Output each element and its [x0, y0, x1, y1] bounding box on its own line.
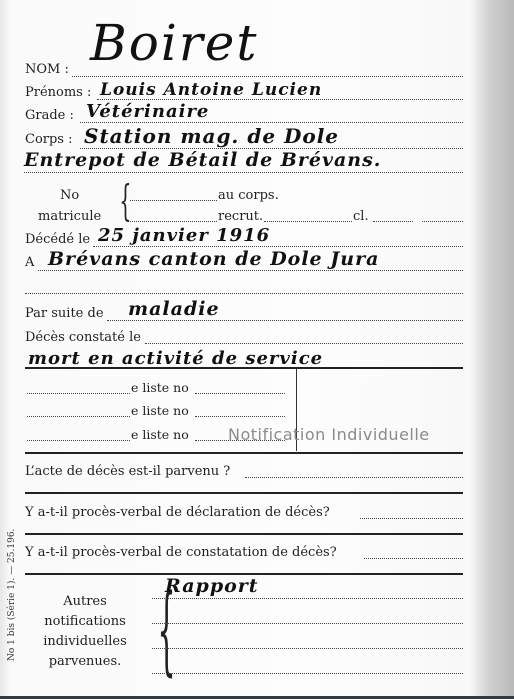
question-pv-declaration-line: [360, 518, 463, 519]
cl-line-2: [422, 221, 463, 222]
nom-line: [72, 76, 463, 77]
decede-le-value: 25 janvier 1916: [98, 225, 270, 246]
deces-constate-line: [145, 343, 463, 344]
cl-line-1: [373, 221, 413, 222]
section-rule-1: [25, 367, 463, 369]
autres-line-c: [152, 648, 463, 649]
a-line: [38, 270, 463, 271]
no-label: No: [60, 188, 79, 203]
liste-2-label: e liste no: [131, 403, 189, 418]
au-corps-line: [130, 200, 217, 201]
decede-le-label: Décédé le: [25, 232, 90, 247]
prenoms-label: Prénoms :: [25, 85, 91, 100]
question-pv-constatation-line: [364, 558, 463, 559]
autres-line-1: Autres: [30, 592, 140, 612]
blank-line: [25, 293, 463, 294]
autres-notifications-label: Autres notifications individuelles parve…: [30, 592, 140, 672]
autres-line-2: notifications: [30, 612, 140, 632]
a-value: Brévans canton de Dole Jura: [48, 248, 379, 270]
notification-stamp: Notification Individuelle: [228, 425, 430, 444]
a-label: A: [25, 255, 34, 270]
au-corps-label: au corps.: [218, 188, 279, 203]
deces-constate-label: Décès constaté le: [25, 330, 141, 345]
nom-value: Boiret: [90, 14, 258, 72]
corps-line-2: [24, 172, 463, 173]
liste-2-no-line: [195, 416, 285, 417]
grade-value: Vétérinaire: [86, 101, 209, 122]
autres-line-3: individuelles: [30, 632, 140, 652]
corps-value-line1: Station mag. de Dole: [84, 124, 339, 148]
autres-value: Rapport: [165, 575, 259, 597]
matricule-brace: {: [119, 180, 131, 222]
matricule-label: matricule: [38, 209, 101, 224]
liste-1-rank-line: [27, 393, 130, 394]
question-pv-declaration: Y a-t-il procès-verbal de déclaration de…: [25, 505, 330, 520]
recrut-line: [130, 221, 217, 222]
liste-3-rank-line: [27, 440, 130, 441]
recrut-value-line: [264, 221, 352, 222]
question-acte-deces-line: [245, 477, 463, 478]
corps-value-line2: Entrepot de Bétail de Brévans.: [24, 149, 381, 171]
question-pv-constatation: Y a-t-il procès-verbal de constatation d…: [25, 545, 337, 560]
liste-3-label: e liste no: [131, 427, 189, 442]
liste-2-rank-line: [27, 416, 130, 417]
nom-label: NOM :: [25, 62, 69, 77]
autres-line-4: parvenues.: [30, 652, 140, 672]
autres-line-d: [152, 673, 463, 674]
section-rule-4: [25, 533, 463, 535]
autres-line-b: [152, 623, 463, 624]
grade-label: Grade :: [25, 108, 74, 123]
prenoms-line: [97, 99, 463, 100]
par-suite-de-label: Par suite de: [25, 306, 104, 321]
prenoms-value: Louis Antoine Lucien: [100, 80, 322, 100]
cl-label: cl.: [353, 209, 369, 224]
form-reference-print: No 1 bis (Série 1). — 25.196.: [2, 520, 22, 670]
autres-line-a: [152, 598, 463, 599]
grade-line: [80, 122, 463, 123]
recrut-label: recrut.: [218, 209, 263, 224]
deces-constate-value: mort en activité de service: [28, 348, 323, 369]
section-rule-3: [25, 492, 463, 494]
corps-label: Corps :: [25, 132, 73, 147]
section-rule-2: [25, 452, 463, 454]
decede-le-line: [93, 246, 463, 247]
question-acte-deces: L’acte de décès est-il parvenu ?: [25, 464, 230, 479]
par-suite-de-value: maladie: [128, 298, 220, 320]
liste-1-label: e liste no: [131, 380, 189, 395]
death-record-card: Boiret NOM : Prénoms : Louis Antoine Luc…: [0, 0, 514, 696]
par-suite-de-line: [107, 320, 463, 321]
liste-1-no-line: [195, 393, 285, 394]
